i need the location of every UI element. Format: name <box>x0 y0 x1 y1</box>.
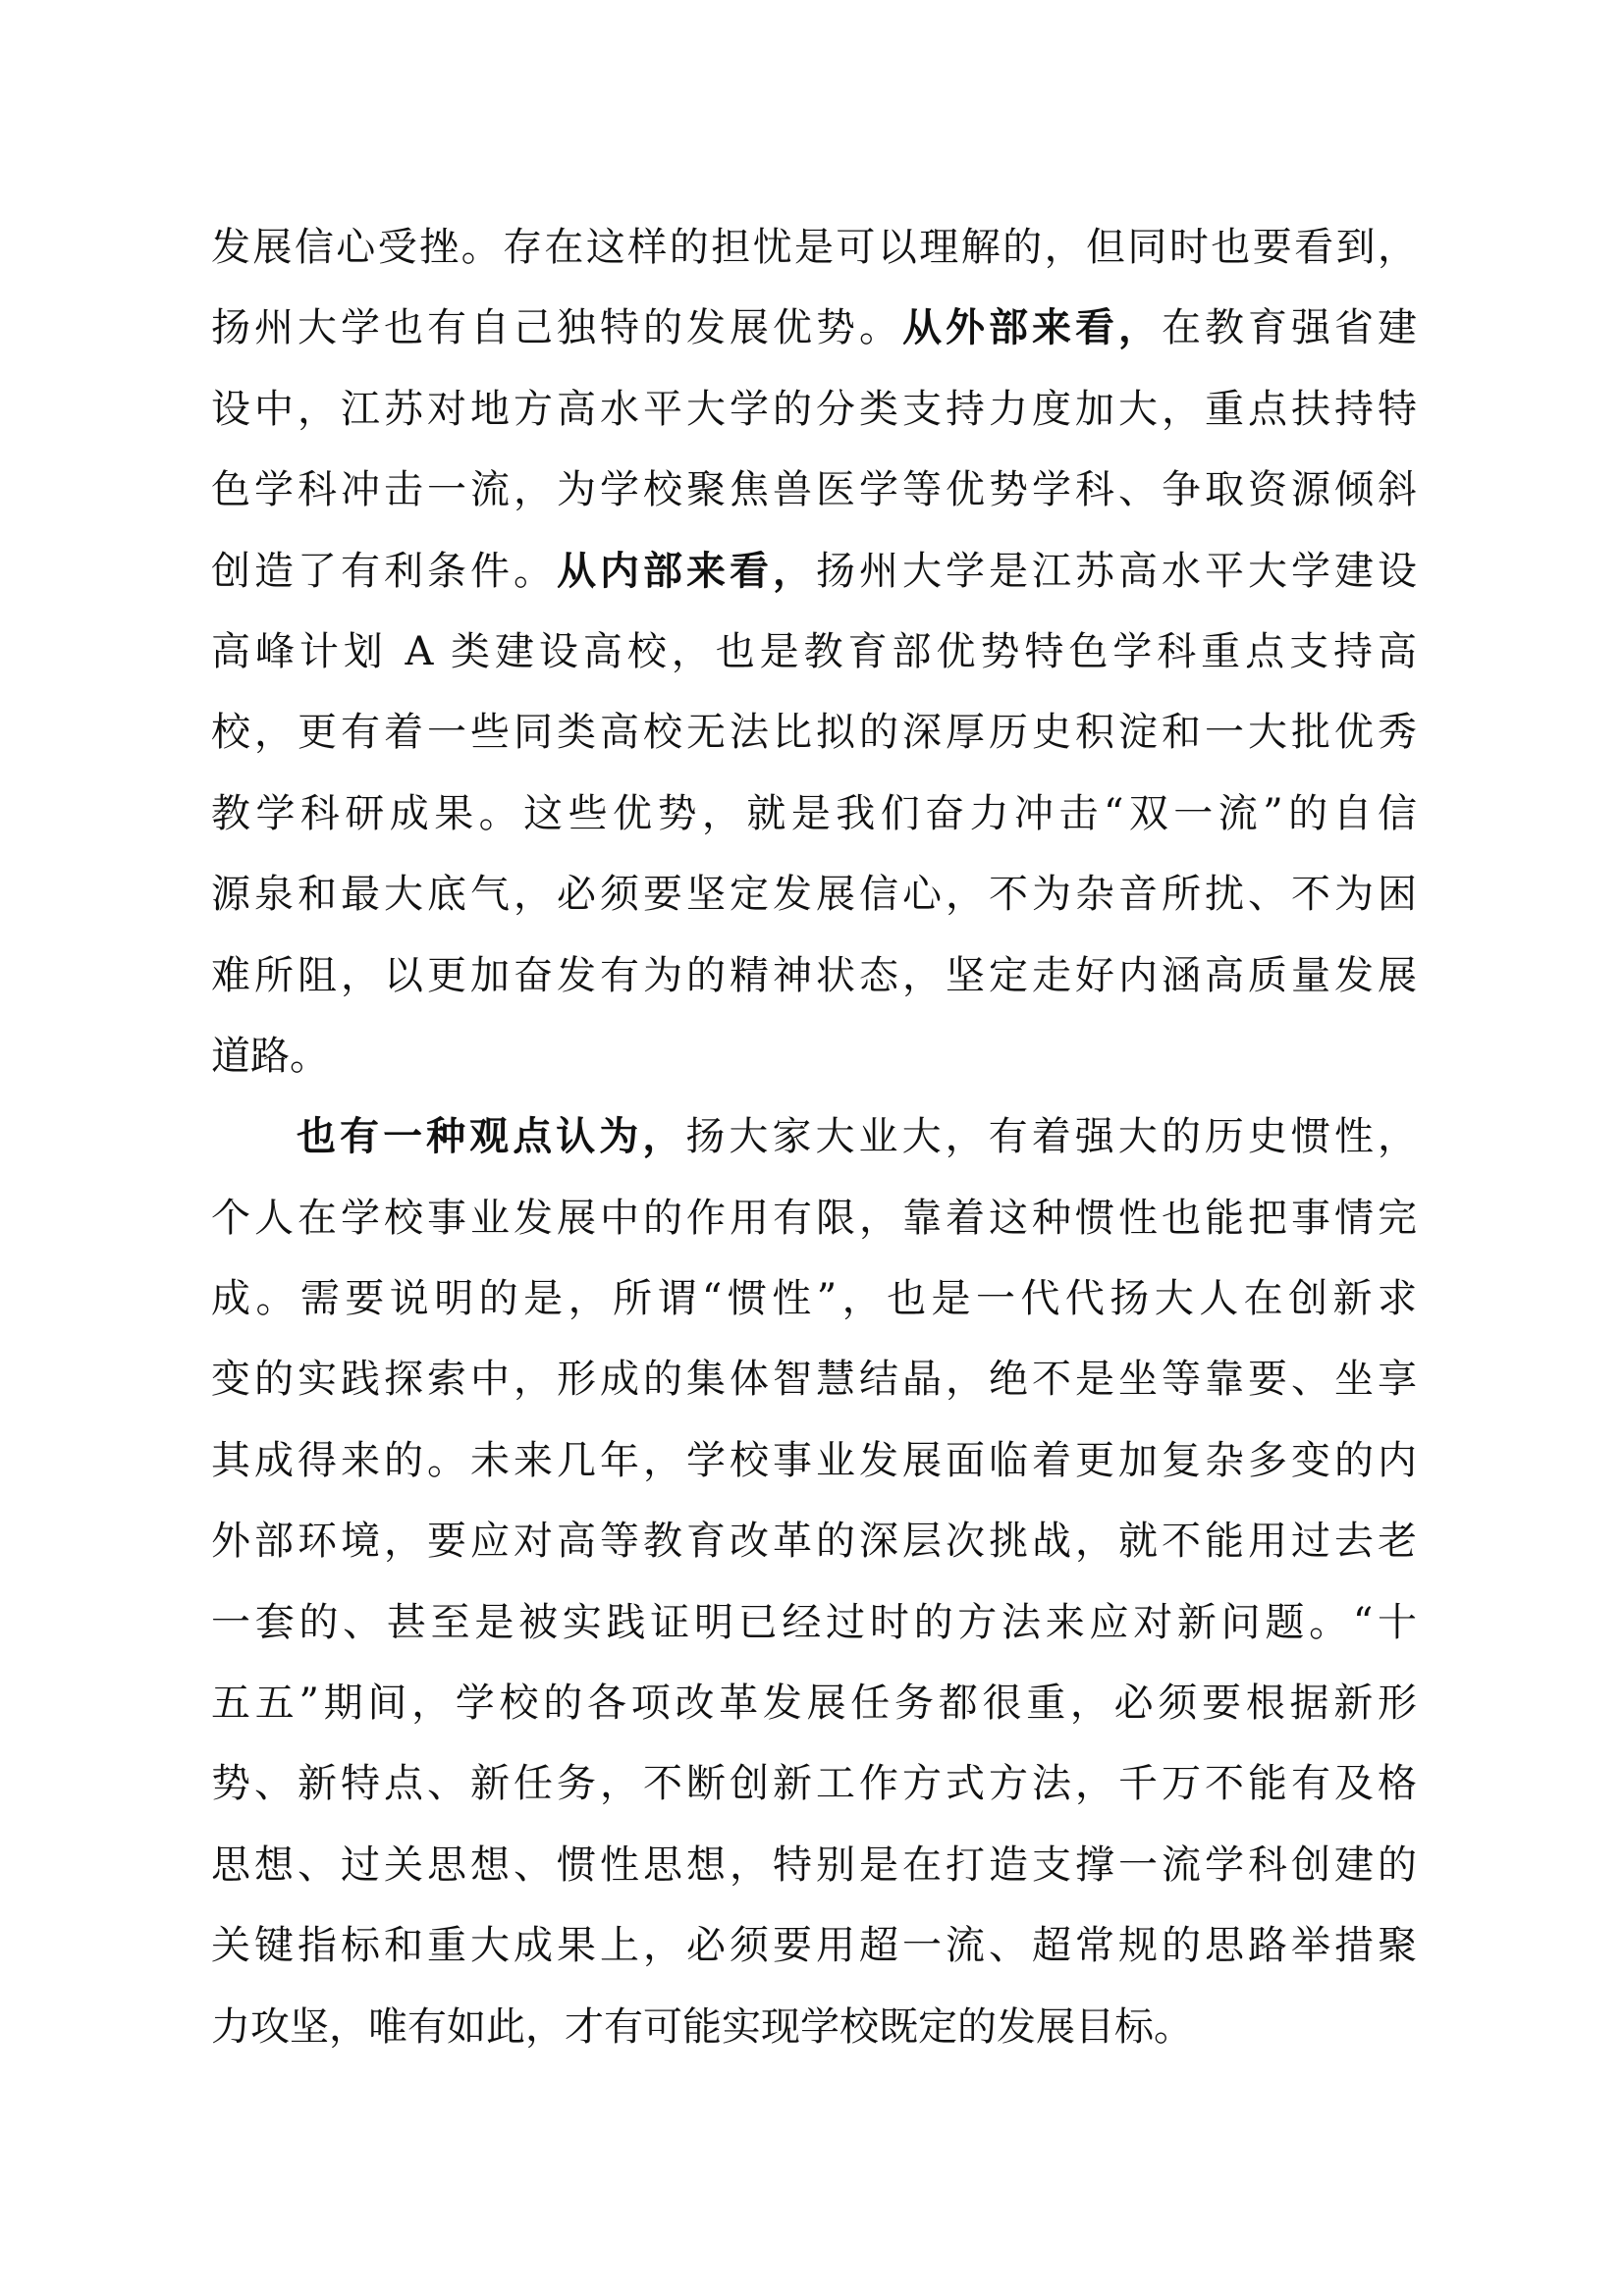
body-text: 发展信心受挫。存在这样的担忧是可以理解的，但同时也要看到，扬州大学也有自己独特的… <box>211 207 1417 2067</box>
text-line: 力攻坚，唯有如此，才有可能实现学校既定的发展目标。 <box>211 1987 1417 2067</box>
text-line: 成。需要说明的是，所谓“惯性”，也是一代代扬大人在创新求 <box>211 1258 1417 1339</box>
text-line: 思想、过关思想、惯性思想，特别是在打造支撑一流学科创建的 <box>211 1825 1417 1905</box>
text-segment: 力攻坚，唯有如此，才有可能实现学校既定的发展目标。 <box>211 2004 1193 2050</box>
text-segment: 道路。 <box>211 1034 329 1079</box>
text-line: 变的实践探索中，形成的集体智慧结晶，绝不是坐等靠要、坐享 <box>211 1339 1417 1419</box>
text-segment: 创造了有利条件。 <box>211 549 557 594</box>
text-line: 教学科研成果。这些优势，就是我们奋力冲击“双一流”的自信 <box>211 774 1417 854</box>
text-line: 高峰计划 A 类建设高校，也是教育部优势特色学科重点支持高 <box>211 612 1417 692</box>
text-segment: 难所阻，以更加奋发有为的精神状态，坚定走好内涵高质量发展 <box>211 953 1417 998</box>
text-segment: 设中，江苏对地方高水平大学的分类支持力度加大，重点扶持特 <box>211 387 1417 432</box>
text-segment: 扬州大学是江苏高水平大学建设 <box>816 549 1417 594</box>
text-segment: 校，更有着一些同类高校无法比拟的深厚历史积淀和一大批优秀 <box>211 710 1417 755</box>
text-line: 扬州大学也有自己独特的发展优势。从外部来看，在教育强省建 <box>211 288 1417 368</box>
text-line: 色学科冲击一流，为学校聚焦兽医学等优势学科、争取资源倾斜 <box>211 450 1417 530</box>
text-line: 势、新特点、新任务，不断创新工作方式方法，千万不能有及格 <box>211 1743 1417 1824</box>
text-segment: 色学科冲击一流，为学校聚焦兽医学等优势学科、争取资源倾斜 <box>211 467 1417 512</box>
text-segment: 思想、过关思想、惯性思想，特别是在打造支撑一流学科创建的 <box>211 1842 1417 1888</box>
text-line: 校，更有着一些同类高校无法比拟的深厚历史积淀和一大批优秀 <box>211 692 1417 773</box>
text-segment: 在教育强省建 <box>1162 305 1417 350</box>
bold-lead-phrase: 也有一种观点认为， <box>297 1114 685 1159</box>
text-line: 五五”期间，学校的各项改革发展任务都很重，必须要根据新形 <box>211 1663 1417 1743</box>
bold-lead-phrase: 从外部来看， <box>902 305 1162 350</box>
text-line: 个人在学校事业发展中的作用有限，靠着这种惯性也能把事情完 <box>211 1178 1417 1258</box>
text-line: 其成得来的。未来几年，学校事业发展面临着更加复杂多变的内 <box>211 1420 1417 1501</box>
text-line: 外部环境，要应对高等教育改革的深层次挑战，就不能用过去老 <box>211 1501 1417 1581</box>
paragraph: 发展信心受挫。存在这样的担忧是可以理解的，但同时也要看到，扬州大学也有自己独特的… <box>211 207 1417 1096</box>
text-line: 创造了有利条件。从内部来看，扬州大学是江苏高水平大学建设 <box>211 531 1417 612</box>
text-segment: 一套的、甚至是被实践证明已经过时的方法来应对新问题。“十 <box>211 1600 1417 1645</box>
text-segment: 发展信心受挫。存在这样的担忧是可以理解的，但同时也要看到， <box>211 225 1417 270</box>
text-line: 也有一种观点认为，扬大家大业大，有着强大的历史惯性， <box>211 1096 1417 1177</box>
text-line: 道路。 <box>211 1016 1417 1096</box>
text-line: 发展信心受挫。存在这样的担忧是可以理解的，但同时也要看到， <box>211 207 1417 288</box>
text-segment: 关键指标和重大成果上，必须要用超一流、超常规的思路举措聚 <box>211 1923 1417 1968</box>
document-page: 发展信心受挫。存在这样的担忧是可以理解的，但同时也要看到，扬州大学也有自己独特的… <box>0 0 1624 2296</box>
text-line: 一套的、甚至是被实践证明已经过时的方法来应对新问题。“十 <box>211 1582 1417 1663</box>
text-segment: 扬州大学也有自己独特的发展优势。 <box>211 305 902 350</box>
text-segment: 外部环境，要应对高等教育改革的深层次挑战，就不能用过去老 <box>211 1519 1417 1564</box>
text-segment: 成。需要说明的是，所谓“惯性”，也是一代代扬大人在创新求 <box>211 1276 1417 1321</box>
text-segment: 教学科研成果。这些优势，就是我们奋力冲击“双一流”的自信 <box>211 791 1417 836</box>
text-segment: 源泉和最大底气，必须要坚定发展信心，不为杂音所扰、不为困 <box>211 872 1417 917</box>
text-line: 源泉和最大底气，必须要坚定发展信心，不为杂音所扰、不为困 <box>211 854 1417 934</box>
text-segment: 五五”期间，学校的各项改革发展任务都很重，必须要根据新形 <box>211 1681 1417 1726</box>
bold-lead-phrase: 从内部来看， <box>557 549 816 594</box>
text-segment: 扬大家大业大，有着强大的历史惯性， <box>685 1114 1417 1159</box>
text-segment: 其成得来的。未来几年，学校事业发展面临着更加复杂多变的内 <box>211 1438 1417 1483</box>
text-line: 关键指标和重大成果上，必须要用超一流、超常规的思路举措聚 <box>211 1905 1417 1986</box>
text-segment: 变的实践探索中，形成的集体智慧结晶，绝不是坐等靠要、坐享 <box>211 1357 1417 1402</box>
text-line: 难所阻，以更加奋发有为的精神状态，坚定走好内涵高质量发展 <box>211 935 1417 1016</box>
text-line: 设中，江苏对地方高水平大学的分类支持力度加大，重点扶持特 <box>211 369 1417 450</box>
text-segment: 个人在学校事业发展中的作用有限，靠着这种惯性也能把事情完 <box>211 1196 1417 1241</box>
text-segment: 高峰计划 A 类建设高校，也是教育部优势特色学科重点支持高 <box>211 629 1417 674</box>
paragraph: 也有一种观点认为，扬大家大业大，有着强大的历史惯性，个人在学校事业发展中的作用有… <box>211 1096 1417 2067</box>
text-segment: 势、新特点、新任务，不断创新工作方式方法，千万不能有及格 <box>211 1761 1417 1806</box>
